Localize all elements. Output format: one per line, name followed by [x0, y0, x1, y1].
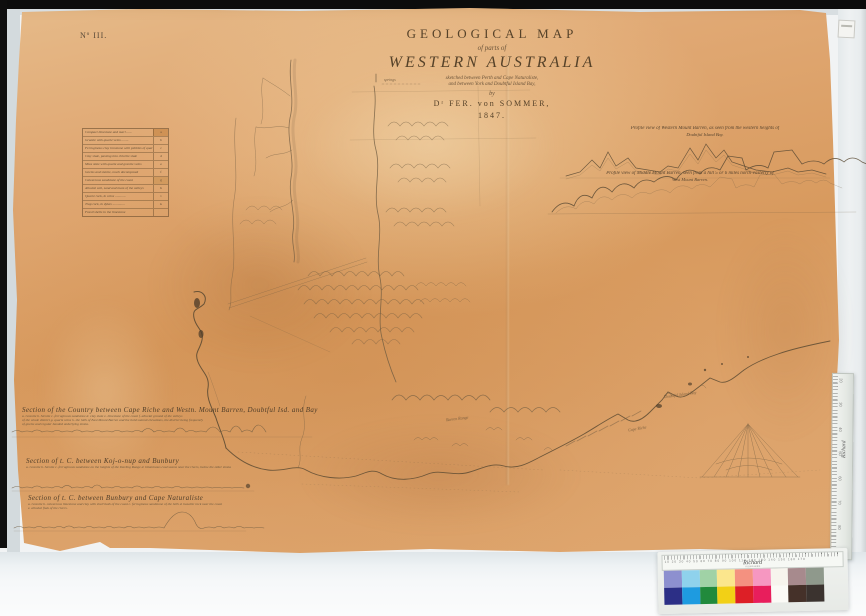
legend-row-label: Clay slate, passing into chlorite slate: [83, 153, 153, 160]
legend-row: Ferruginous clay ironstone with pebbles …: [83, 144, 168, 152]
section-3-note: e. alluvial flats of the rivers.: [28, 506, 458, 510]
color-swatch: [664, 570, 682, 587]
legend-row-swatch: c: [153, 145, 168, 152]
map-subtitle-2: and between York and Doubtful Island Bay…: [372, 82, 612, 88]
legend-row-label: Gneiss and sienite, much decomposed: [83, 169, 153, 176]
map-title-of-parts: of parts of: [372, 44, 612, 52]
legend-row-label: Compact limestone and marl ......: [83, 129, 153, 136]
legend-table: Compact limestone and marl ......aGranit…: [82, 128, 169, 217]
section-2-caption: Section of t. C. between Koj-o-nup and B…: [26, 457, 416, 465]
color-swatch: [789, 585, 807, 602]
side-ruler: 2030405060708090 Richard: [830, 373, 854, 560]
color-swatch: [806, 568, 824, 585]
map-year: 1847.: [372, 111, 612, 120]
section-1-note: of gneiss and regular banded underlying …: [22, 422, 452, 426]
legend-row-swatch: [153, 209, 168, 216]
section-2: Section of t. C. between Koj-o-nup and B…: [26, 457, 416, 469]
legend-row-swatch: g: [153, 177, 168, 184]
legend-row: Mica slate with quartz and granite veins…: [83, 160, 168, 168]
color-swatch: [735, 569, 753, 586]
legend-row-swatch: b: [153, 137, 168, 144]
color-swatch: [788, 568, 806, 585]
map-title-region: WESTERN AUSTRALIA: [372, 54, 612, 72]
color-swatch-grid: [664, 568, 825, 605]
legend-row: Alluvial soil, sand and loam of the vall…: [83, 184, 168, 192]
legend-row-label: Ferruginous clay ironstone with pebbles …: [83, 145, 153, 152]
color-swatch: [717, 569, 735, 586]
section-1: Section of the Country between Cape Rich…: [22, 406, 452, 427]
sheet-number-stamp: Nº III.: [80, 31, 107, 40]
legend-row: Quartz rock, in veins ............i: [83, 192, 168, 200]
legend-row-label: Granite with quartz veins ........: [83, 137, 153, 144]
color-swatch: [735, 586, 753, 603]
color-swatch: [682, 587, 700, 604]
legend-row-swatch: d: [153, 153, 168, 160]
scan-black-edge-left: [0, 0, 7, 548]
legend-row: Compact limestone and marl ......a: [83, 129, 168, 136]
legend-row: Calcareous sandstone of the coastg: [83, 176, 168, 184]
color-swatch: [700, 587, 718, 604]
side-ruler-numbers: 2030405060708090: [837, 378, 843, 554]
map-byline: by: [372, 91, 612, 97]
legend-row-swatch: i: [153, 193, 168, 200]
profile-caption-west-mount-barren: Profile view of Western Mount Barren, as…: [590, 126, 820, 137]
legend-row-swatch: k: [153, 201, 168, 208]
color-swatch-row-dark: [664, 585, 824, 605]
archive-tag: [838, 20, 856, 39]
legend-row: Trap rock, in dykes ..............k: [83, 200, 168, 208]
profile-caption-line: West Mount Barren.: [555, 177, 825, 182]
legend-row-swatch: e: [153, 161, 168, 168]
color-swatch: [664, 587, 682, 604]
color-swatch: [753, 569, 771, 586]
legend-row-label: Quartz rock, in veins ............: [83, 193, 153, 200]
section-2-note: a. Granite b. Sienite c. ferruginous san…: [26, 465, 416, 469]
section-1-caption: Section of the Country between Cape Rich…: [22, 406, 452, 414]
section-3: Section of t. C. between Bunbury and Cap…: [28, 494, 458, 510]
color-swatch: [717, 586, 735, 603]
legend-row-swatch: h: [153, 185, 168, 192]
legend-row-swatch: a: [153, 129, 168, 136]
color-swatch: [699, 570, 717, 587]
section-3-caption: Section of t. C. between Bunbury and Cap…: [28, 494, 458, 502]
profile-caption-line: Doubtful Island Bay.: [590, 132, 820, 137]
title-block: GEOLOGICAL MAP of parts of WESTERN AUSTR…: [372, 26, 612, 120]
color-swatch: [771, 585, 789, 602]
legend-row-label: Alluvial soil, sand and loam of the vall…: [83, 185, 153, 192]
profile-caption-middle-mount-barren: Profile view of Middle Mount Barren, see…: [555, 171, 825, 182]
legend-row-label: Mica slate with quartz and granite veins: [83, 161, 153, 168]
scan-black-edge-top: [0, 0, 866, 9]
map-place-label: springs: [384, 77, 396, 82]
color-calibration-bar: 10 20 30 40 50 60 70 80 90 100 110 120 1…: [657, 548, 848, 614]
legend-row-label: Trap rock, in dykes ..............: [83, 201, 153, 208]
legend-row: Fossil shells in the limestone: [83, 208, 168, 216]
legend-row: Granite with quartz veins ........b: [83, 136, 168, 144]
legend-row-label: Fossil shells in the limestone: [83, 209, 153, 216]
map-title: GEOLOGICAL MAP: [372, 26, 612, 42]
map-author: Dʳ FER. von SOMMER,: [372, 99, 612, 108]
color-swatch: [770, 568, 788, 585]
color-swatch: [753, 586, 771, 603]
color-swatch: [806, 585, 824, 602]
legend-row-swatch: f: [153, 169, 168, 176]
scanned-map-page: Nº III. GEOLOGICAL MAP of parts of WESTE…: [0, 0, 866, 616]
side-ruler-brand: Richard: [841, 440, 847, 458]
legend-row: Clay slate, passing into chlorite slated: [83, 152, 168, 160]
legend-row-label: Calcareous sandstone of the coast: [83, 177, 153, 184]
color-swatch: [682, 570, 700, 587]
legend-row: Gneiss and sienite, much decomposedf: [83, 168, 168, 176]
